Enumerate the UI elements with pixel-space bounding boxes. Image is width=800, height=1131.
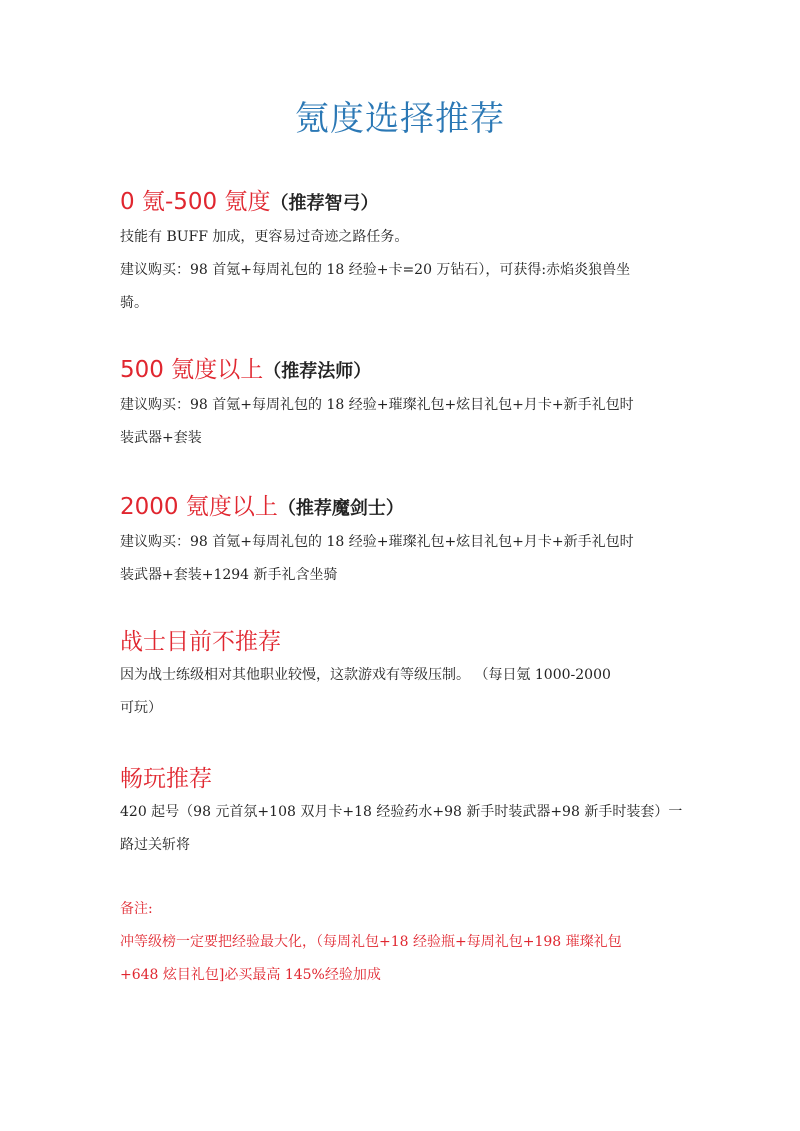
note-label: 备注: <box>120 893 720 926</box>
note-line: 冲等级榜一定要把经验最大化，（每周礼包+18 经验瓶+每周礼包+198 璀璨礼包 <box>120 926 720 959</box>
section-heading: 畅玩推荐 <box>120 762 720 796</box>
heading-recommendation: （推荐智弓） <box>270 193 378 214</box>
document-page: 氪度选择推荐 0 氪-500 氪度（推荐智弓） 技能有 BUFF 加成，更容易过… <box>0 0 800 1131</box>
note-line: +648 炫目礼包]必买最高 145%经验加成 <box>120 959 720 992</box>
body-line: 装武器+套装 <box>120 422 720 455</box>
heading-text: 0 氪-500 氪度 <box>120 189 270 215</box>
note-section: 备注: 冲等级榜一定要把经验最大化，（每周礼包+18 经验瓶+每周礼包+198 … <box>120 893 720 992</box>
body-line: 骑。 <box>120 287 720 320</box>
body-line: 建议购买：98 首氪+每周礼包的 18 经验+璀璨礼包+炫目礼包+月卡+新手礼包… <box>120 526 720 559</box>
body-line: 装武器+套装+1294 新手礼含坐骑 <box>120 559 720 592</box>
section-heading: 0 氪-500 氪度（推荐智弓） <box>120 185 720 221</box>
heading-recommendation: （推荐法师） <box>263 361 371 382</box>
body-line: 技能有 BUFF 加成，更容易过奇迹之路任务。 <box>120 221 720 254</box>
section-0-500: 0 氪-500 氪度（推荐智弓） 技能有 BUFF 加成，更容易过奇迹之路任务。… <box>120 185 720 320</box>
body-line: 因为战士练级相对其他职业较慢，这款游戏有等级压制。 （每日氪 1000-2000 <box>120 659 720 692</box>
section-2000-plus: 2000 氪度以上（推荐魔剑士） 建议购买：98 首氪+每周礼包的 18 经验+… <box>120 490 720 592</box>
section-heading: 战士目前不推荐 <box>120 625 720 659</box>
document-title: 氪度选择推荐 <box>0 94 800 144</box>
body-line: 可玩） <box>120 692 720 725</box>
body-line: 420 起号（98 元首氛+108 双月卡+18 经验药水+98 新手时装武器+… <box>120 796 720 829</box>
heading-text: 畅玩推荐 <box>120 766 212 792</box>
section-500-plus: 500 氪度以上（推荐法师） 建议购买：98 首氪+每周礼包的 18 经验+璀璨… <box>120 353 720 455</box>
heading-recommendation: （推荐魔剑士） <box>278 498 404 519</box>
section-heading: 2000 氪度以上（推荐魔剑士） <box>120 490 720 526</box>
section-warrior: 战士目前不推荐 因为战士练级相对其他职业较慢，这款游戏有等级压制。 （每日氪 1… <box>120 625 720 725</box>
section-casual-play: 畅玩推荐 420 起号（98 元首氛+108 双月卡+18 经验药水+98 新手… <box>120 762 720 862</box>
section-heading: 500 氪度以上（推荐法师） <box>120 353 720 389</box>
heading-text: 2000 氪度以上 <box>120 494 278 520</box>
body-line: 建议购买：98 首氪+每周礼包的 18 经验+卡=20 万钻石），可获得:赤焰炎… <box>120 254 720 287</box>
heading-text: 500 氪度以上 <box>120 357 263 383</box>
body-line: 路过关斩将 <box>120 829 720 862</box>
body-line: 建议购买：98 首氪+每周礼包的 18 经验+璀璨礼包+炫目礼包+月卡+新手礼包… <box>120 389 720 422</box>
heading-text: 战士目前不推荐 <box>120 629 281 655</box>
